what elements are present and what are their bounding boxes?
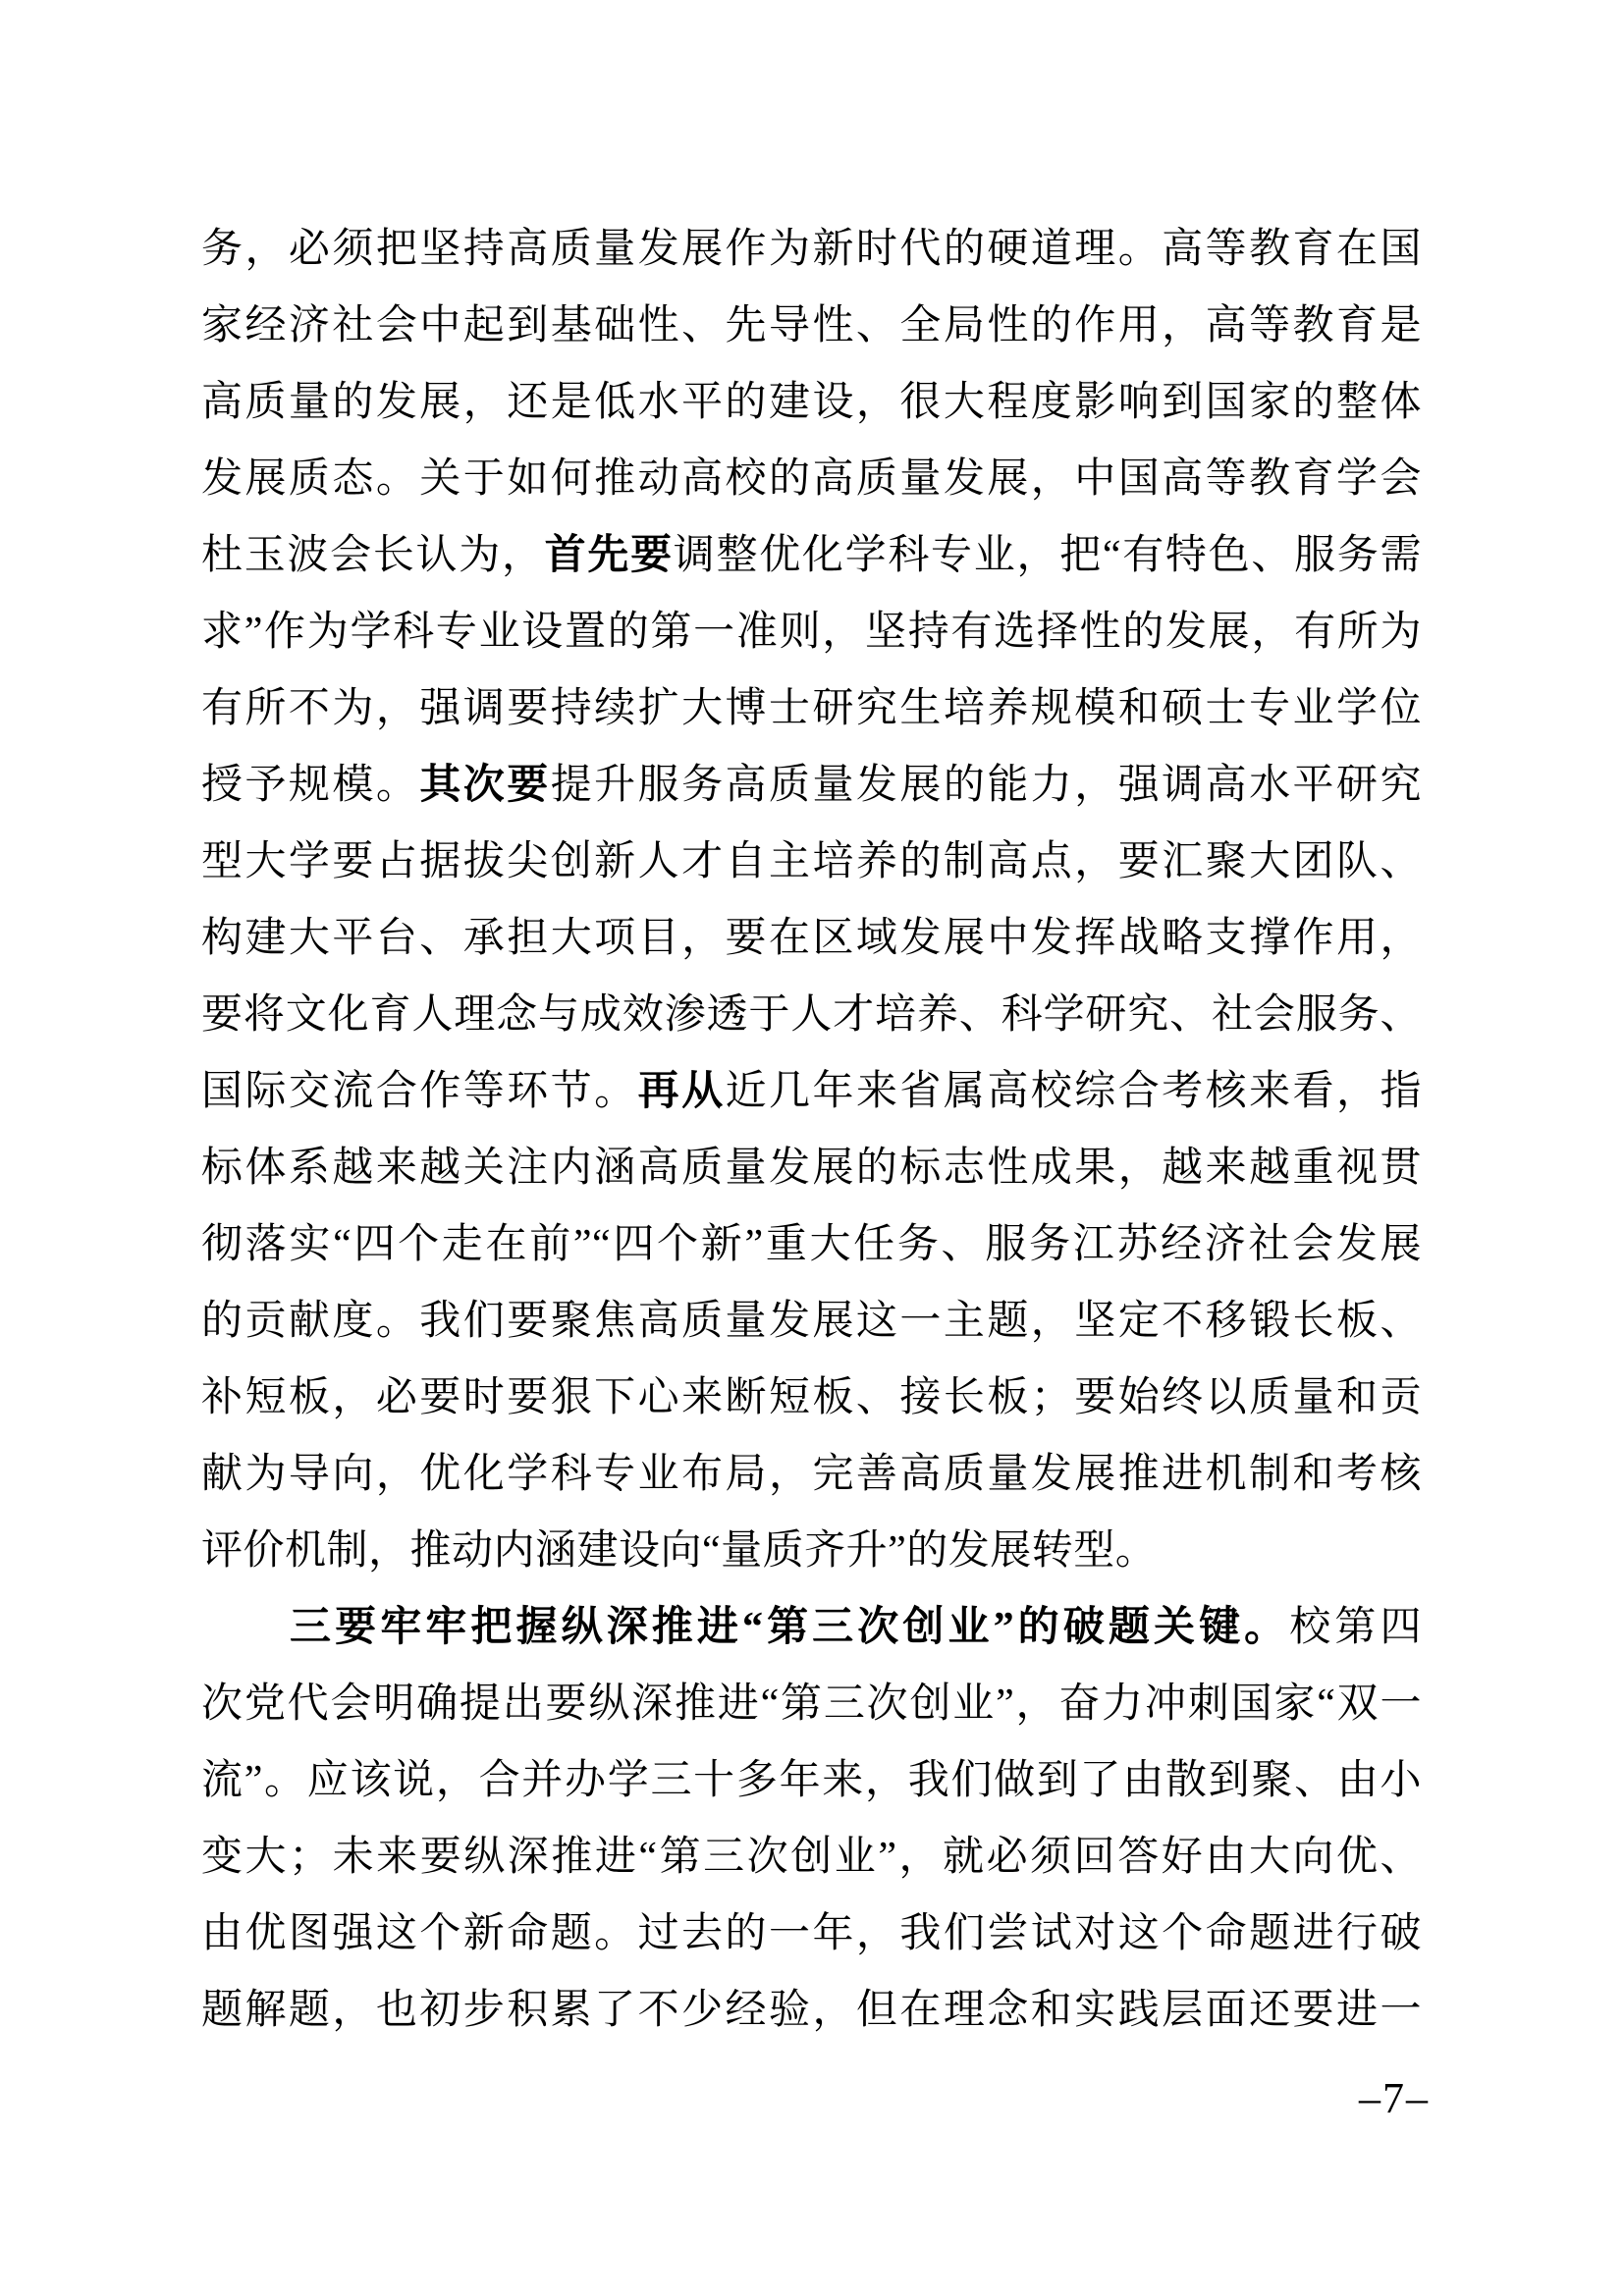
text-line: 题解题，也初步积累了不少经验，但在理念和实践层面还要进一 bbox=[201, 1972, 1422, 2049]
text-line: 彻落实“四个走在前”“四个新”重大任务、服务江苏经济社会发展 bbox=[201, 1206, 1422, 1283]
bold-emphasis: 其次要 bbox=[419, 763, 550, 808]
text-line: 授予规模。其次要提升服务高质量发展的能力，强调高水平研究 bbox=[201, 747, 1422, 824]
text-line: 的贡献度。我们要聚焦高质量发展这一主题，坚定不移锻长板、 bbox=[201, 1283, 1422, 1360]
document-page: 务，必须把坚持高质量发展作为新时代的硬道理。高等教育在国 家经济社会中起到基础性… bbox=[0, 0, 1624, 2296]
text-line: 次党代会明确提出要纵深推进“第三次创业”，奋力冲刺国家“双一 bbox=[201, 1666, 1422, 1742]
text-run: 校第四 bbox=[1289, 1605, 1422, 1650]
bold-emphasis: 三要牢牢把握纵深推进“第三次创业”的破题关键。 bbox=[290, 1605, 1289, 1650]
text-line: 标体系越来越关注内涵高质量发展的标志性成果，越来越重视贯 bbox=[201, 1130, 1422, 1206]
text-line: 补短板，必要时要狠下心来断短板、接长板；要始终以质量和贡 bbox=[201, 1360, 1422, 1436]
text-line: 家经济社会中起到基础性、先导性、全局性的作用，高等教育是 bbox=[201, 288, 1422, 364]
text-line: 型大学要占据拔尖创新人才自主培养的制高点，要汇聚大团队、 bbox=[201, 824, 1422, 900]
text-line: 有所不为，强调要持续扩大博士研究生培养规模和硕士专业学位 bbox=[201, 670, 1422, 747]
page-number: –7– bbox=[1359, 2073, 1430, 2124]
bold-emphasis: 首先要 bbox=[545, 533, 674, 578]
text-run: 杜玉波会长认为， bbox=[201, 533, 545, 578]
text-run: 调整优化学科专业，把“有特色、服务需 bbox=[674, 533, 1422, 578]
text-run: 授予规模。 bbox=[201, 763, 419, 808]
text-line: 杜玉波会长认为，首先要调整优化学科专业，把“有特色、服务需 bbox=[201, 517, 1422, 594]
text-line: 构建大平台、承担大项目，要在区域发展中发挥战略支撑作用， bbox=[201, 900, 1422, 977]
text-line: 务，必须把坚持高质量发展作为新时代的硬道理。高等教育在国 bbox=[201, 211, 1422, 288]
text-line: 献为导向，优化学科专业布局，完善高质量发展推进机制和考核 bbox=[201, 1436, 1422, 1513]
bold-emphasis: 再从 bbox=[638, 1069, 726, 1114]
text-line: 发展质态。关于如何推动高校的高质量发展，中国高等教育学会 bbox=[201, 441, 1422, 517]
text-line: 高质量的发展，还是低水平的建设，很大程度影响到国家的整体 bbox=[201, 364, 1422, 441]
text-run: 近几年来省属高校综合考核来看，指 bbox=[726, 1069, 1422, 1114]
text-line: 变大；未来要纵深推进“第三次创业”，就必须回答好由大向优、 bbox=[201, 1819, 1422, 1896]
text-line: 流”。应该说，合并办学三十多年来，我们做到了由散到聚、由小 bbox=[201, 1742, 1422, 1819]
text-line: 国际交流合作等环节。再从近几年来省属高校综合考核来看，指 bbox=[201, 1053, 1422, 1130]
text-line: 评价机制，推动内涵建设向“量质齐升”的发展转型。 bbox=[201, 1513, 1422, 1589]
text-run: 国际交流合作等环节。 bbox=[201, 1069, 638, 1114]
text-line-paragraph-heading: 三要牢牢把握纵深推进“第三次创业”的破题关键。校第四 bbox=[201, 1589, 1422, 1666]
text-line: 由优图强这个新命题。过去的一年，我们尝试对这个命题进行破 bbox=[201, 1896, 1422, 1972]
body-text: 务，必须把坚持高质量发展作为新时代的硬道理。高等教育在国 家经济社会中起到基础性… bbox=[201, 211, 1422, 2049]
text-line: 要将文化育人理念与成效渗透于人才培养、科学研究、社会服务、 bbox=[201, 977, 1422, 1053]
text-run: 提升服务高质量发展的能力，强调高水平研究 bbox=[551, 763, 1422, 808]
text-line: 求”作为学科专业设置的第一准则，坚持有选择性的发展，有所为 bbox=[201, 594, 1422, 670]
